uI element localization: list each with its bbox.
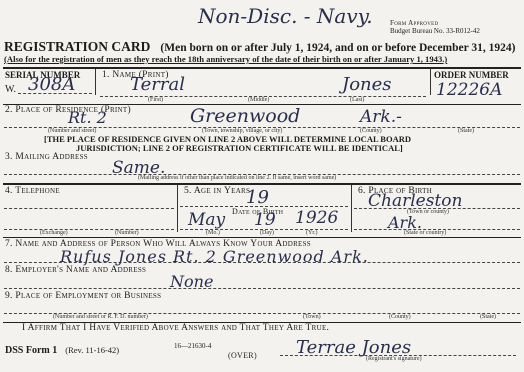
birth-month-value: May — [188, 210, 225, 230]
divider — [3, 67, 521, 69]
order-number-value: 12226A — [436, 80, 502, 100]
last-name-value: Jones — [342, 74, 392, 95]
form-approved-block: Form Approved Budget Bureau No. 33-R012-… — [390, 19, 480, 35]
budget-bureau-number: Budget Bureau No. 33-R012-42 — [390, 27, 480, 35]
form-approved-text: Form Approved — [390, 19, 480, 27]
birth-year-value: 1926 — [295, 208, 338, 228]
divider — [95, 69, 96, 95]
state-country-sub-label: (State or country) — [404, 230, 446, 236]
employment-county-sub-label: (County) — [389, 314, 411, 320]
residence-town-value: Greenwood — [190, 105, 300, 127]
year-sub-label: (Yr.) — [306, 230, 318, 236]
header-subtitle: (Also for the registration of men as the… — [4, 54, 447, 64]
employer-label: 8. Employer's Name and Address — [5, 265, 146, 275]
contact-person-value: Rufus Jones Rt. 2 Greenwood Ark. — [60, 247, 369, 266]
serial-line — [18, 93, 92, 94]
contact-line — [4, 262, 520, 263]
footer-form-id: DSS Form 1 (Rev. 11-16-42) — [5, 340, 119, 358]
order-number-label: ORDER NUMBER — [434, 70, 509, 80]
month-sub-label: (Mo.) — [206, 230, 220, 236]
mailing-sub-label: (Mailing address if other than place ind… — [138, 175, 336, 181]
residence-notice-line2: JURISDICTION; LINE 2 OF REGISTRATION CER… — [76, 143, 403, 153]
card-title: REGISTRATION CARD — [4, 39, 150, 54]
affirmation-text: I Affirm That I Have Verified Above Answ… — [22, 323, 329, 333]
telephone-line-1 — [4, 208, 174, 209]
employment-place-label: 9. Place of Employment or Business — [5, 291, 161, 301]
print-code: 16—21630-4 — [174, 342, 211, 350]
telephone-line-2 — [4, 229, 174, 230]
last-sub-label: (Last) — [350, 97, 364, 103]
serial-prefix: W. — [5, 84, 16, 95]
age-value: 19 — [246, 187, 269, 208]
over-marker: (OVER) — [228, 351, 257, 360]
residence-street-value: Rt. 2 — [68, 108, 107, 127]
eligibility-text: (Men born on or after July 1, 1924, and … — [160, 42, 515, 54]
handwritten-annotation: Non-Disc. - Navy. — [198, 4, 373, 28]
employer-line — [4, 288, 520, 289]
serial-number-value: 308A — [28, 74, 75, 95]
number-sub-label: (Number) — [115, 230, 139, 236]
form-number: DSS Form 1 — [5, 345, 57, 356]
residence-county-value: Ark.- — [360, 107, 402, 127]
employment-street-sub-label: (Number and street or R. F. D. number) — [53, 314, 148, 320]
age-label: 5. Age in Years — [184, 186, 250, 196]
middle-sub-label: (Middle) — [248, 97, 269, 103]
employment-town-sub-label: (Town) — [303, 314, 321, 320]
divider — [177, 185, 178, 232]
day-sub-label: (Day) — [260, 230, 274, 236]
first-name-value: Terral — [130, 74, 185, 95]
form-revision: (Rev. 11-16-42) — [65, 345, 119, 355]
mailing-address-label: 3. Mailing Address — [5, 152, 88, 162]
first-sub-label: (First) — [148, 97, 163, 103]
exchange-sub-label: (Exchange) — [40, 230, 68, 236]
signature-sub-label: (Registrant's signature) — [366, 356, 422, 362]
telephone-label: 4. Telephone — [5, 186, 60, 196]
divider — [351, 185, 352, 232]
divider — [3, 183, 521, 185]
birth-day-value: 19 — [254, 210, 276, 230]
divider — [430, 69, 431, 95]
employment-state-sub-label: (State) — [480, 314, 496, 320]
state-sub-label: (State) — [458, 128, 474, 134]
divider — [3, 237, 521, 238]
